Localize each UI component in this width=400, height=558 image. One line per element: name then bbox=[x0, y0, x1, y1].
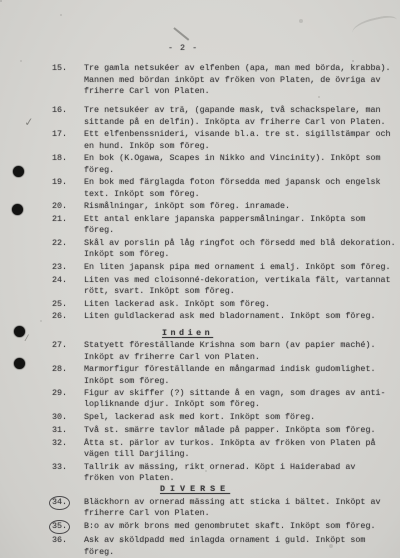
item-number-circled: 35. bbox=[52, 521, 84, 534]
inventory-item: 20.Rismålningar, inköpt som föreg. inram… bbox=[0, 201, 398, 212]
item-number-label: 15. bbox=[52, 63, 67, 73]
item-description-line: föreg. bbox=[84, 547, 398, 558]
item-description: Åtta st. pärlor av turkos. Inköpta av fr… bbox=[84, 438, 398, 461]
item-number-circled: 34. bbox=[52, 497, 84, 520]
item-number: 22. bbox=[52, 238, 84, 261]
item-description-line: Liten vas med cloisonné-dekoration, vert… bbox=[84, 275, 398, 286]
item-number: 24. bbox=[52, 275, 84, 298]
item-description-line: Mannen med bördan inköpt av fröken von P… bbox=[84, 75, 398, 86]
item-description: Rismålningar, inköpt som föreg. inramade… bbox=[84, 201, 398, 212]
item-description-line: friherre Carl von Platen. bbox=[84, 86, 398, 97]
item-description-line: friherre Carl von Platen. bbox=[84, 508, 398, 519]
item-description-line: Inköpt som föreg. bbox=[84, 376, 398, 387]
item-description-line: föreg. bbox=[84, 225, 398, 236]
inventory-item: 21.Ett antal enklare japanska pappersmål… bbox=[0, 214, 398, 237]
item-number: 17. bbox=[52, 129, 84, 152]
inventory-item: 32.Åtta st. pärlor av turkos. Inköpta av… bbox=[0, 438, 398, 461]
item-number: 30. bbox=[52, 412, 84, 423]
item-description: Statyett föreställande Krishna som barn … bbox=[84, 340, 398, 363]
checkmark-annotation: ✓ bbox=[24, 117, 33, 129]
item-number-label: 32. bbox=[52, 438, 67, 448]
item-number-label: 16. bbox=[52, 105, 67, 115]
pencil-stroke-mark bbox=[174, 27, 190, 40]
item-description-line: Rismålningar, inköpt som föreg. inramade… bbox=[84, 201, 398, 212]
item-description: Liten lackerad ask. Inköpt som föreg. bbox=[84, 299, 398, 310]
item-number-label: 25. bbox=[52, 299, 67, 309]
item-number-label: 20. bbox=[52, 201, 67, 211]
inventory-item: 33.Tallrik av mässing, rikt ornerad. Köp… bbox=[0, 462, 398, 485]
item-number: 26. bbox=[52, 311, 84, 322]
inventory-item: 30.Spel, lackerad ask med kort. Inköpt s… bbox=[0, 412, 398, 423]
item-description: Liten vas med cloisonné-dekoration, vert… bbox=[84, 275, 398, 298]
item-number: 25. bbox=[52, 299, 84, 310]
item-number-label: 30. bbox=[52, 412, 67, 422]
inventory-item: 35.B:o av mörk brons med genombrutet ska… bbox=[0, 521, 398, 534]
item-number: 32. bbox=[52, 438, 84, 461]
inventory-item: 15.Tre gamla netsukéer av elfenben (apa,… bbox=[0, 63, 398, 97]
item-description-line: Bläckhorn av ornerad mässing att sticka … bbox=[84, 497, 398, 508]
item-number: 19. bbox=[52, 177, 84, 200]
item-number: 21. bbox=[52, 214, 84, 237]
item-number-label: 23. bbox=[52, 262, 67, 272]
item-number-label: 34. bbox=[49, 496, 70, 510]
inventory-item: 19.En bok med färglagda foton försedda m… bbox=[0, 177, 398, 200]
item-description-line: Liten lackerad ask. Inköpt som föreg. bbox=[84, 299, 398, 310]
inventory-item: 25.Liten lackerad ask. Inköpt som föreg. bbox=[0, 299, 398, 310]
inventory-item: 22.Skål av porslin på låg ringfot och fö… bbox=[0, 238, 398, 261]
item-description: Skål av porslin på låg ringfot och förse… bbox=[84, 238, 398, 261]
item-number-label: 35. bbox=[49, 520, 70, 534]
item-number: 36. bbox=[52, 535, 84, 558]
item-number-label: 19. bbox=[52, 177, 67, 187]
item-list: 15.Tre gamla netsukéer av elfenben (apa,… bbox=[0, 62, 398, 558]
item-description: Liten guldlackerad ask med bladornament.… bbox=[84, 311, 398, 322]
item-description: En bok (K.Ogawa, Scapes in Nikko and Vin… bbox=[84, 153, 398, 176]
item-number-label: 21. bbox=[52, 214, 67, 224]
item-description-line: föreg. bbox=[84, 165, 398, 176]
item-description-line: En bok med färglagda foton försedda med … bbox=[84, 177, 398, 188]
item-description-line: vägen till Darjiling. bbox=[84, 449, 398, 460]
item-description-line: Två st. smärre tavlor målade på papper. … bbox=[84, 425, 398, 436]
inventory-item: 28.Marmorfigur föreställande en mångarma… bbox=[0, 364, 398, 387]
inventory-item: 17.Ett elfenbenssnideri, visande bl.a. t… bbox=[0, 129, 398, 152]
item-description: Tre netsukéer av trä, (gapande mask, två… bbox=[84, 105, 398, 128]
item-description-line: en hund. Inköp som föreg. bbox=[84, 141, 398, 152]
item-description-line: Inköpt av friherre Carl von Platen. bbox=[84, 352, 398, 363]
item-description-line: Marmorfigur föreställande en mångarmad i… bbox=[84, 364, 398, 375]
item-description-line: text. Inköpt som föreg. bbox=[84, 189, 398, 200]
inventory-item: 34.Bläckhorn av ornerad mässing att stic… bbox=[0, 497, 398, 520]
slash-annotation: / bbox=[24, 334, 29, 345]
item-description: Spel, lackerad ask med kort. Inköpt som … bbox=[84, 412, 398, 423]
item-description-line: fröken von Platen. bbox=[84, 473, 398, 484]
inventory-item: 26.Liten guldlackerad ask med bladorname… bbox=[0, 311, 398, 322]
item-description-line: Statyett föreställande Krishna som barn … bbox=[84, 340, 398, 351]
ink-dot bbox=[13, 166, 24, 177]
item-number-label: 31. bbox=[52, 425, 67, 435]
scanned-document-page: - 2 - 15.Tre gamla netsukéer av elfenben… bbox=[0, 0, 400, 558]
item-number: 20. bbox=[52, 201, 84, 212]
item-number-label: 24. bbox=[52, 275, 67, 285]
item-description-line: Figur av skiffer (?) sittande å en vagn,… bbox=[84, 388, 398, 399]
item-description-line: Tre gamla netsukéer av elfenben (apa, ma… bbox=[84, 63, 398, 74]
inventory-item: 23.En liten japansk pipa med ornament i … bbox=[0, 262, 398, 273]
item-number-label: 17. bbox=[52, 129, 67, 139]
item-number: 27. bbox=[52, 340, 84, 363]
item-number-label: 18. bbox=[52, 153, 67, 163]
pencil-scribble bbox=[351, 13, 400, 40]
ink-dot bbox=[12, 204, 23, 215]
item-description: B:o av mörk brons med genombrutet skaft.… bbox=[84, 521, 398, 534]
inventory-item: 31.Två st. smärre tavlor målade på pappe… bbox=[0, 425, 398, 436]
item-description: Bläckhorn av ornerad mässing att sticka … bbox=[84, 497, 398, 520]
inventory-item: 27.Statyett föreställande Krishna som ba… bbox=[0, 340, 398, 363]
inventory-item: 29.Figur av skiffer (?) sittande å en va… bbox=[0, 388, 398, 411]
item-description: En liten japansk pipa med ornament i ema… bbox=[84, 262, 398, 273]
item-description-line: Ett antal enklare japanska pappersmålnin… bbox=[84, 214, 398, 225]
item-number: 15. bbox=[52, 63, 84, 97]
item-number-label: 29. bbox=[52, 388, 67, 398]
paper-speckles bbox=[0, 0, 2, 2]
item-number-label: 26. bbox=[52, 311, 67, 321]
item-description: Ett antal enklare japanska pappersmålnin… bbox=[84, 214, 398, 237]
item-description-line: rött, svart. Inköpt som föreg. bbox=[84, 286, 398, 297]
ink-dot bbox=[14, 358, 25, 369]
inventory-item: 16.Tre netsukéer av trä, (gapande mask, … bbox=[0, 105, 398, 128]
item-number-label: 33. bbox=[52, 462, 67, 472]
item-number: 33. bbox=[52, 462, 84, 485]
item-number: 23. bbox=[52, 262, 84, 273]
inventory-item: 24.Liten vas med cloisonné-dekoration, v… bbox=[0, 275, 398, 298]
item-number: 28. bbox=[52, 364, 84, 387]
item-description-line: Tallrik av mässing, rikt ornerad. Köpt i… bbox=[84, 462, 398, 473]
item-description-line: Spel, lackerad ask med kort. Inköpt som … bbox=[84, 412, 398, 423]
item-number-label: 27. bbox=[52, 340, 67, 350]
item-number: 18. bbox=[52, 153, 84, 176]
item-description-line: Skål av porslin på låg ringfot och förse… bbox=[84, 238, 398, 249]
item-number-label: 22. bbox=[52, 238, 67, 248]
item-description: Ask av sköldpadd med inlagda ornament i … bbox=[84, 535, 398, 558]
item-description-line: Ett elfenbenssnideri, visande bl.a. tre … bbox=[84, 129, 398, 140]
item-description-line: Tre netsukéer av trä, (gapande mask, två… bbox=[84, 105, 398, 116]
item-description: Två st. smärre tavlor målade på papper. … bbox=[84, 425, 398, 436]
section-heading: DIVERSE bbox=[160, 484, 398, 495]
item-description: Tre gamla netsukéer av elfenben (apa, ma… bbox=[84, 63, 398, 97]
item-description-line: B:o av mörk brons med genombrutet skaft.… bbox=[84, 521, 398, 532]
item-description-line: En bok (K.Ogawa, Scapes in Nikko and Vin… bbox=[84, 153, 398, 164]
section-heading: Indien bbox=[162, 328, 398, 339]
item-description-line: Inköpt som föreg. bbox=[84, 249, 398, 260]
item-number: 31. bbox=[52, 425, 84, 436]
item-description-line: Åtta st. pärlor av turkos. Inköpta av fr… bbox=[84, 438, 398, 449]
item-description: Figur av skiffer (?) sittande å en vagn,… bbox=[84, 388, 398, 411]
item-description-line: sittande på en delfin). Inköpta av frihe… bbox=[84, 117, 398, 128]
item-description-line: lopliknande djur. Inköpt som föreg. bbox=[84, 399, 398, 410]
item-number: 16. bbox=[52, 105, 84, 128]
item-number: 29. bbox=[52, 388, 84, 411]
item-description-line: En liten japansk pipa med ornament i ema… bbox=[84, 262, 398, 273]
inventory-item: 18.En bok (K.Ogawa, Scapes in Nikko and … bbox=[0, 153, 398, 176]
inventory-item: 36.Ask av sköldpadd med inlagda ornament… bbox=[0, 535, 398, 558]
item-number-label: 36. bbox=[52, 535, 67, 545]
item-number-label: 28. bbox=[52, 364, 67, 374]
page-number: - 2 - bbox=[168, 43, 198, 54]
item-description: Ett elfenbenssnideri, visande bl.a. tre … bbox=[84, 129, 398, 152]
item-description: Marmorfigur föreställande en mångarmad i… bbox=[84, 364, 398, 387]
item-description: En bok med färglagda foton försedda med … bbox=[84, 177, 398, 200]
item-description: Tallrik av mässing, rikt ornerad. Köpt i… bbox=[84, 462, 398, 485]
item-description-line: Liten guldlackerad ask med bladornament.… bbox=[84, 311, 398, 322]
item-description-line: Ask av sköldpadd med inlagda ornament i … bbox=[84, 535, 398, 546]
